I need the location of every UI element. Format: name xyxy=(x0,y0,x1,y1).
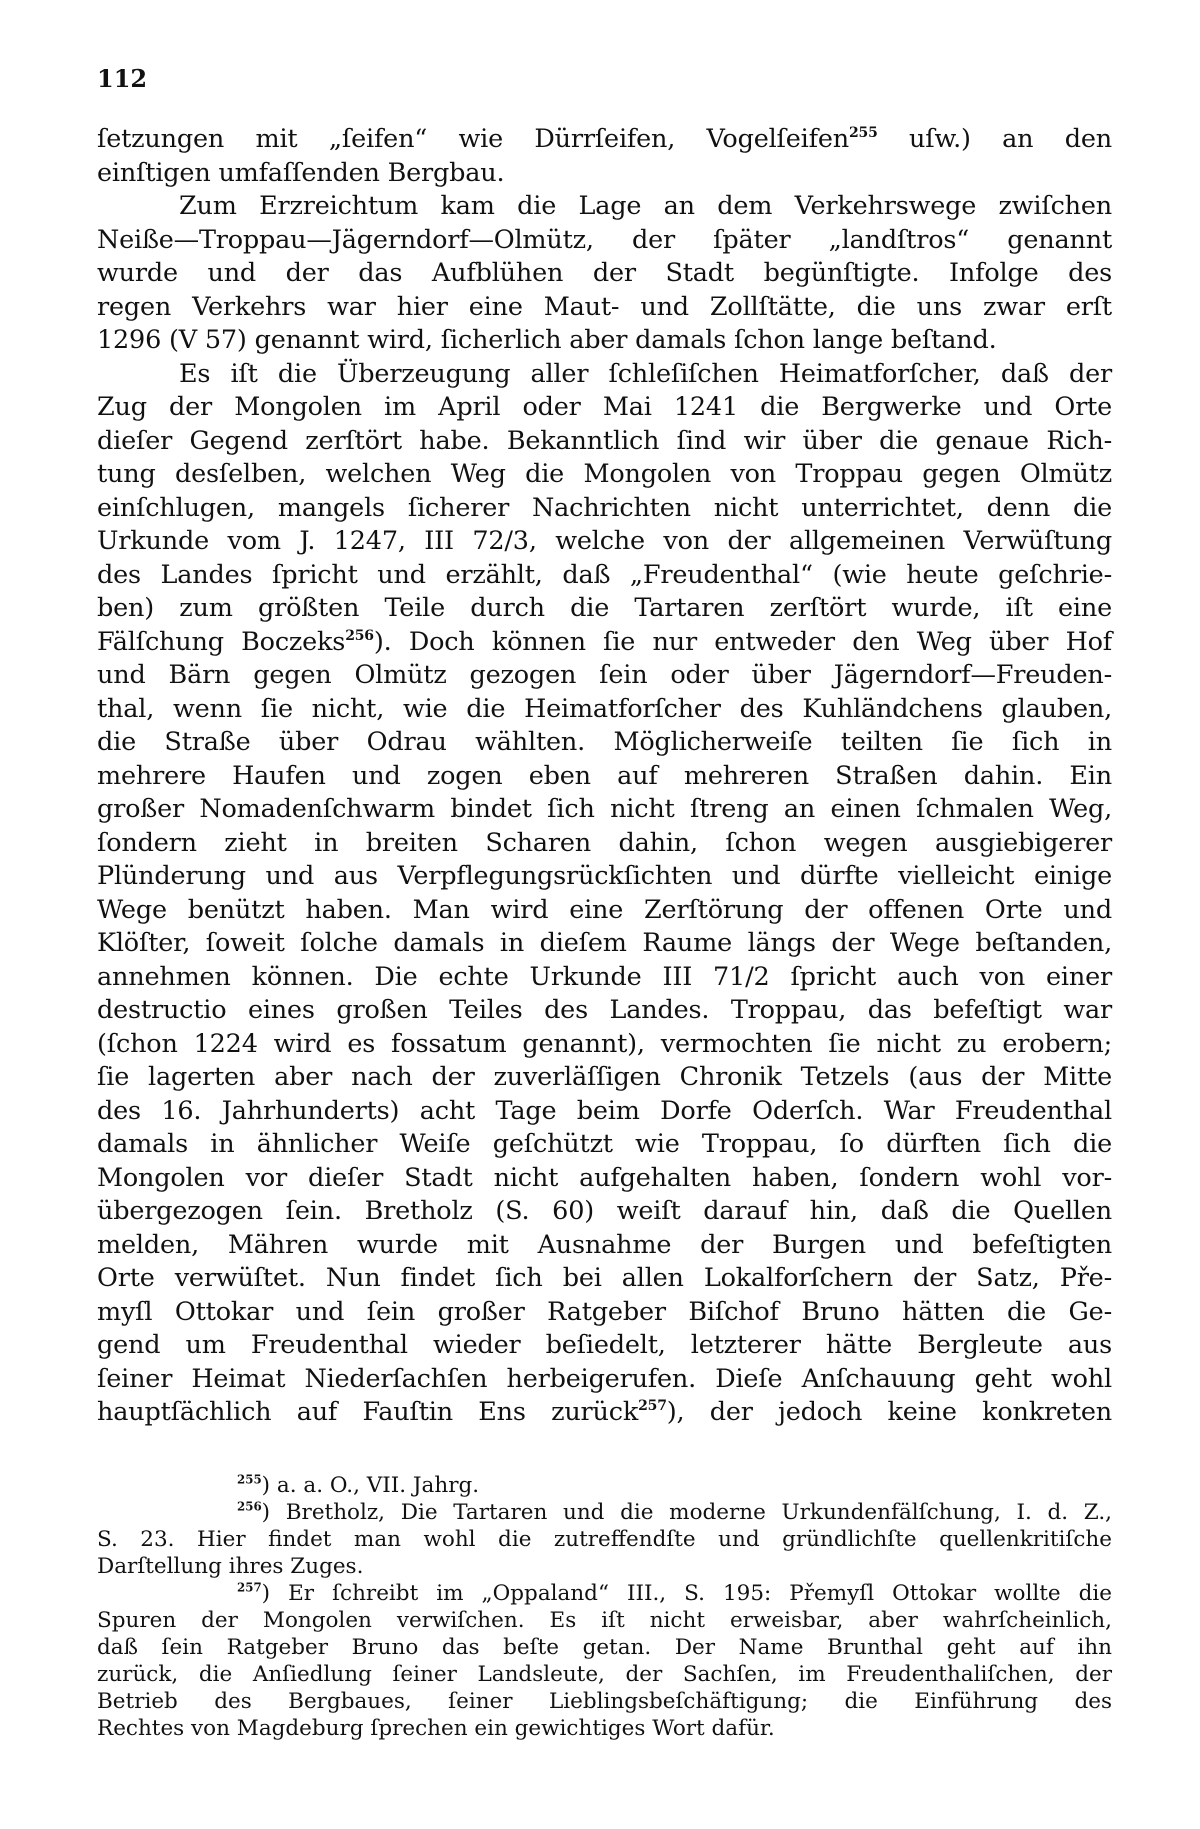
footnote-ref-256[interactable]: 256 xyxy=(345,628,374,644)
text-line: hauptſächlich auf Fauſtin Ens zurück257)… xyxy=(97,1396,1112,1430)
text-line: Klöſter, ſoweit ſolche damals in dieſem … xyxy=(97,927,1112,961)
text-line: ben) zum größten Teile durch die Tartare… xyxy=(97,592,1112,626)
text-line: Fälſchung Boczeks256). Doch können ſie n… xyxy=(97,626,1112,660)
footnote-257: 257) Er ſchreibt im „Oppaland“ III., S. … xyxy=(97,1580,1112,1607)
text-line: melden, Mähren wurde mit Ausnahme der Bu… xyxy=(97,1229,1112,1263)
text-line: Plünderung und aus Verpflegungsrückſicht… xyxy=(97,860,1112,894)
footnote-text: ) a. a. O., VII. Jahrg. xyxy=(262,1473,479,1498)
footnotes: 255) a. a. O., VII. Jahrg. 256) Bretholz… xyxy=(97,1472,1112,1742)
text-line: wurde und der das Aufblühen der Stadt be… xyxy=(97,257,1112,291)
footnote-line: S. 23. Hier findet man wohl die zutreffe… xyxy=(97,1526,1112,1553)
footnote-number: 257 xyxy=(237,1581,262,1595)
text-line: myſl Ottokar und ſein großer Ratgeber Bi… xyxy=(97,1296,1112,1330)
text-line: Es iſt die Überzeugung aller ſchleſiſche… xyxy=(97,358,1112,392)
footnote-line: Spuren der Mongolen verwiſchen. Es iſt n… xyxy=(97,1607,1112,1634)
text-line: des Landes ſpricht und erzählt, daß „Fre… xyxy=(97,559,1112,593)
text-line: tung desſelben, welchen Weg die Mongolen… xyxy=(97,458,1112,492)
footnote-text: ) Er ſchreibt im „Oppaland“ III., S. 195… xyxy=(262,1581,1112,1606)
text-line: Urkunde vom J. 1247, III 72/3, welche vo… xyxy=(97,525,1112,559)
footnote-line: Rechtes von Magdeburg ſprechen ein gewic… xyxy=(97,1715,1112,1742)
text-line: des 16. Jahrhunderts) acht Tage beim Dor… xyxy=(97,1095,1112,1129)
text-line: ſondern zieht in breiten Scharen dahin, … xyxy=(97,827,1112,861)
text-line: großer Nomadenſchwarm bindet ſich nicht … xyxy=(97,793,1112,827)
text-line: und Bärn gegen Olmütz gezogen ſein oder … xyxy=(97,659,1112,693)
text-line: die Straße über Odrau wählten. Möglicher… xyxy=(97,726,1112,760)
footnote-line: zurück, die Anſiedlung ſeiner Landsleute… xyxy=(97,1661,1112,1688)
footnote-ref-255[interactable]: 255 xyxy=(849,125,878,141)
text-line: Orte verwüſtet. Nun findet ſich bei alle… xyxy=(97,1262,1112,1296)
text-line: regen Verkehrs war hier eine Maut- und Z… xyxy=(97,291,1112,325)
footnote-number: 255 xyxy=(237,1473,262,1487)
text-line: destructio eines großen Teiles des Lande… xyxy=(97,994,1112,1028)
page-number: 112 xyxy=(97,64,147,93)
footnote-ref-257[interactable]: 257 xyxy=(638,1398,667,1414)
text-line: einſchlugen, mangels ſicherer Nachrichte… xyxy=(97,492,1112,526)
text-line: Neiße—Troppau—Jägerndorf—Olmütz, der ſpä… xyxy=(97,224,1112,258)
footnote-line: Betrieb des Bergbaues, ſeiner Lieblingsb… xyxy=(97,1688,1112,1715)
text-line: gend um Freudenthal wieder beſiedelt, le… xyxy=(97,1329,1112,1363)
footnote-line: Darſtellung ihres Zuges. xyxy=(97,1553,1112,1580)
text-line: einſtigen umfaſſenden Bergbau. xyxy=(97,157,1112,191)
text-line: 1296 (V 57) genannt wird, ſicherlich abe… xyxy=(97,324,1112,358)
text-line: (ſchon 1224 wird es fossatum genannt), v… xyxy=(97,1028,1112,1062)
body-text: ſetzungen mit „ſeifen“ wie Dürrſeifen, V… xyxy=(97,123,1112,1430)
text-line: Wege benützt haben. Man wird eine Zerſtö… xyxy=(97,894,1112,928)
line-text-tail: uſw.) an den xyxy=(878,124,1112,154)
text-line: ſetzungen mit „ſeifen“ wie Dürrſeifen, V… xyxy=(97,123,1112,157)
text-line: mehrere Haufen und zogen eben auf mehrer… xyxy=(97,760,1112,794)
line-text: hauptſächlich auf Fauſtin Ens zurück xyxy=(97,1397,638,1427)
text-line: ſie lagerten aber nach der zuverläſſigen… xyxy=(97,1061,1112,1095)
text-line: Zum Erzreichtum kam die Lage an dem Verk… xyxy=(97,190,1112,224)
footnote-text: ) Bretholz, Die Tartaren und die moderne… xyxy=(262,1500,1112,1525)
text-line: dieſer Gegend zerſtört habe. Bekanntlich… xyxy=(97,425,1112,459)
text-line: übergezogen ſein. Bretholz (S. 60) weiſt… xyxy=(97,1195,1112,1229)
line-text: ſetzungen mit „ſeifen“ wie Dürrſeifen, V… xyxy=(97,124,849,154)
text-line: thal, wenn ſie nicht, wie die Heimatforſ… xyxy=(97,693,1112,727)
text-line: Zug der Mongolen im April oder Mai 1241 … xyxy=(97,391,1112,425)
line-text-tail: ). Doch können ſie nur entweder den Weg … xyxy=(374,627,1112,657)
footnote-number: 256 xyxy=(237,1500,262,1514)
text-line: Mongolen vor dieſer Stadt nicht aufgehal… xyxy=(97,1162,1112,1196)
text-line: ſeiner Heimat Niederſachſen herbeigerufe… xyxy=(97,1363,1112,1397)
footnote-256: 256) Bretholz, Die Tartaren und die mode… xyxy=(97,1499,1112,1526)
text-line: damals in ähnlicher Weiſe geſchützt wie … xyxy=(97,1128,1112,1162)
footnote-line: daß ſein Ratgeber Bruno das beſte getan.… xyxy=(97,1634,1112,1661)
text-line: annehmen können. Die echte Urkunde III 7… xyxy=(97,961,1112,995)
footnote-255: 255) a. a. O., VII. Jahrg. xyxy=(97,1472,1112,1499)
line-text-tail: ), der jedoch keine konkreten xyxy=(667,1397,1112,1427)
line-text: Fälſchung Boczeks xyxy=(97,627,345,657)
